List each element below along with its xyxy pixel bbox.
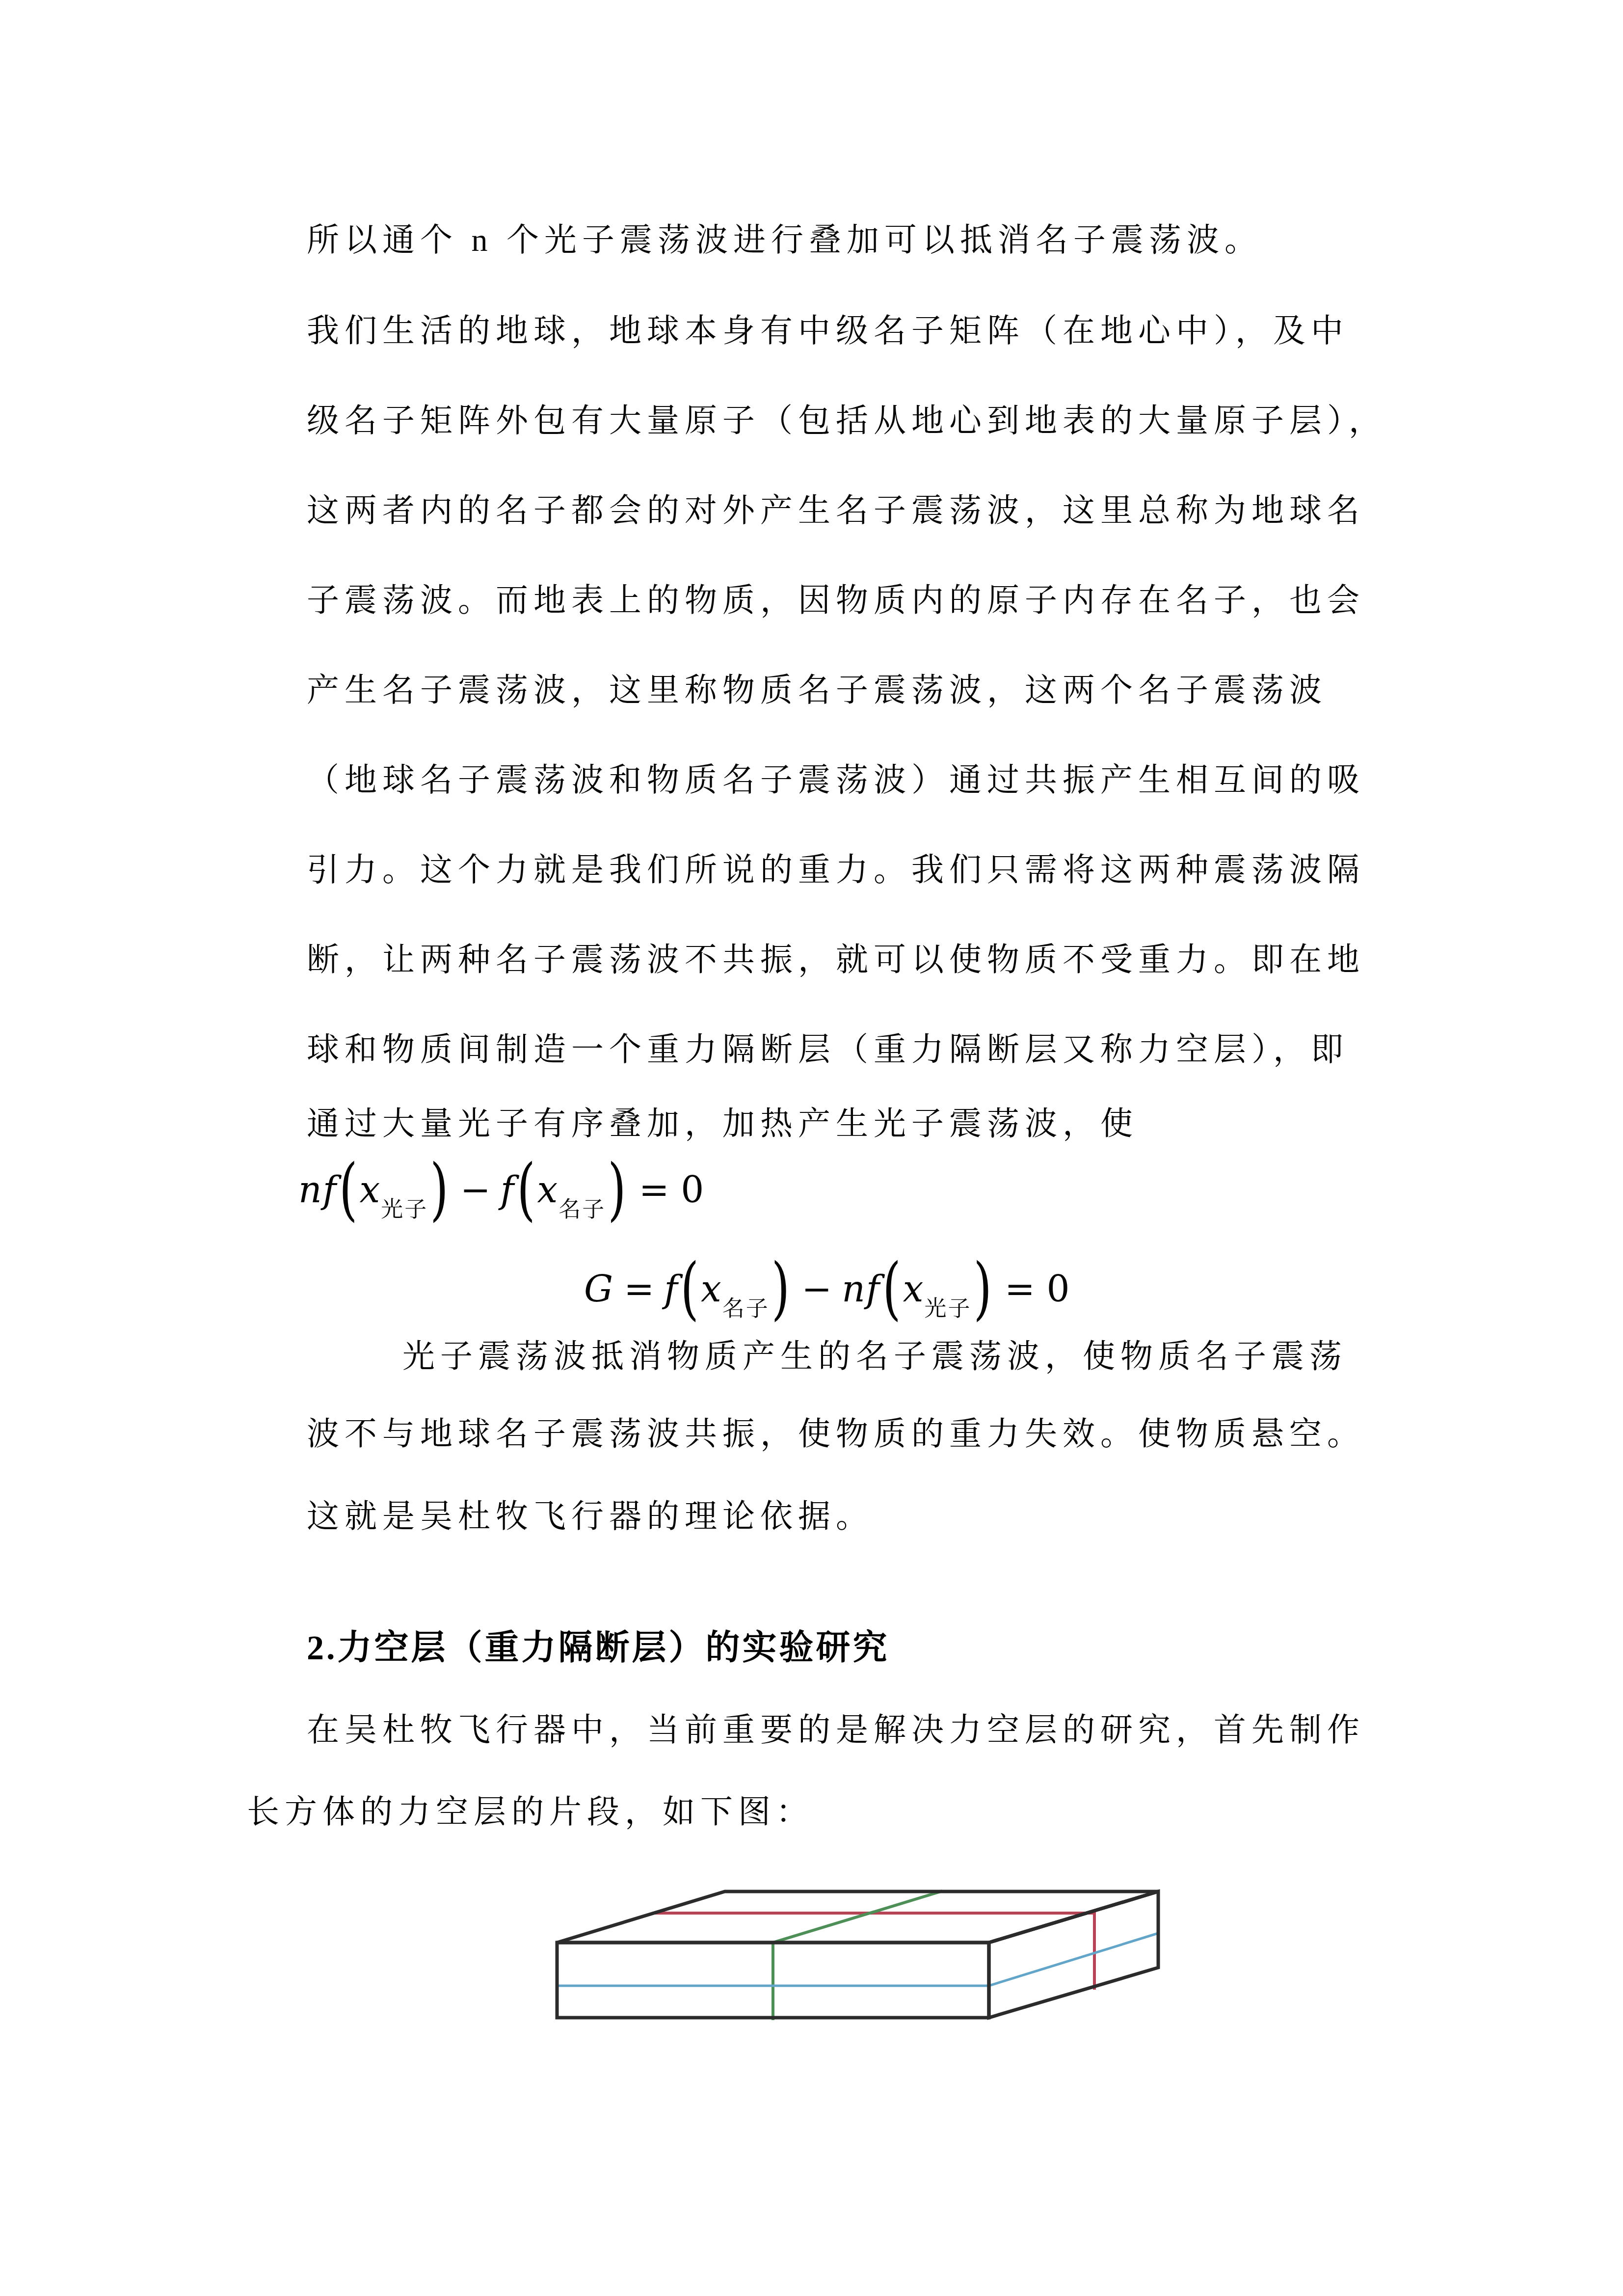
cuboid-diagram [540,1870,1188,2081]
text-line: 这两者内的名子都会的对外产生名子震荡波，这里总称为地球名 [307,492,1365,530]
math-paren: ( [880,1254,903,1323]
math-var: f [501,1169,515,1211]
text-line: 断，让两种名子震荡波不共振，就可以使物质不受重力。即在地 [307,942,1365,979]
text-line: 所以通个 n 个光子震荡波进行叠加可以抵消名子震荡波。 [307,222,1262,259]
text-line: 引力。这个力就是我们所说的重力。我们只需将这两种震荡波隔 [307,852,1365,889]
text-line: 我们生活的地球，地球本身有中级名子矩阵（在地心中），及中 [307,313,1349,350]
text-line: 在吴杜牧飞行器中，当前重要的是解决力空层的研究，首先制作 [307,1712,1365,1749]
math-equals: = 0 [639,1169,704,1211]
formula-photon-cancel: nf(x光子)−f(x名子)= 0 [298,1167,704,1221]
math-paren: ( [515,1155,537,1223]
math-subscript: 光子 [924,1297,971,1321]
text-line: 级名子矩阵外包有大量原子（包括从地心到地表的大量原子层）， [307,403,1386,440]
math-paren: ( [337,1155,359,1223]
math-var: f [664,1268,678,1310]
math-equals: = 0 [1005,1268,1070,1310]
section-heading: 2.力空层（重力隔断层）的实验研究 [307,1629,890,1669]
math-var: x [903,1268,925,1310]
red-section-line [654,1913,1094,1988]
text-line: 这就是吴杜牧飞行器的理论依据。 [307,1498,874,1536]
math-subscript: 光子 [381,1197,428,1222]
text-line: 波不与地球名子震荡波共振，使物质的重力失效。使物质悬空。 [307,1416,1365,1453]
math-paren: ) [971,1254,993,1323]
math-paren: ) [428,1155,450,1223]
math-var: x [701,1268,722,1310]
box-right-face [989,1891,1158,2018]
document-page: 所以通个 n 个光子震荡波进行叠加可以抵消名子震荡波。 我们生活的地球，地球本身… [0,0,1623,2296]
green-section-line [773,1891,941,2019]
text-line: （地球名子震荡波和物质名子震荡波）通过共振产生相互间的吸 [307,762,1365,799]
text-line: 长方体的力空层的片段，如下图： [247,1794,814,1831]
math-equals: = [624,1268,654,1310]
text-line: 子震荡波。而地表上的物质，因物质内的原子内存在名子，也会 [307,582,1365,620]
math-paren: ) [606,1155,628,1223]
math-paren: ) [770,1254,792,1323]
math-var: G [584,1268,614,1310]
math-var: nf [842,1268,880,1310]
math-paren: ( [679,1254,701,1323]
text-line: 产生名子震荡波，这里称物质名子震荡波，这两个名子震荡波 [307,672,1327,709]
text-line: 光子震荡波抵消物质产生的名子震荡波，使物质名子震荡 [402,1338,1347,1376]
formula-gravity-zero: G=f(x名子)−nf(x光子)= 0 [584,1267,1070,1320]
math-operator: − [801,1268,832,1310]
math-var: nf [298,1169,337,1211]
text-line: 球和物质间制造一个重力隔断层（重力隔断层又称力空层），即 [307,1031,1349,1069]
math-var: x [537,1169,559,1211]
math-subscript: 名子 [559,1197,606,1222]
math-var: x [360,1169,381,1211]
math-operator: − [460,1169,491,1211]
force-layer-box-figure [540,1870,1188,2081]
text-line: 通过大量光子有序叠加，加热产生光子震荡波，使 [307,1106,1138,1143]
math-subscript: 名子 [722,1297,770,1321]
